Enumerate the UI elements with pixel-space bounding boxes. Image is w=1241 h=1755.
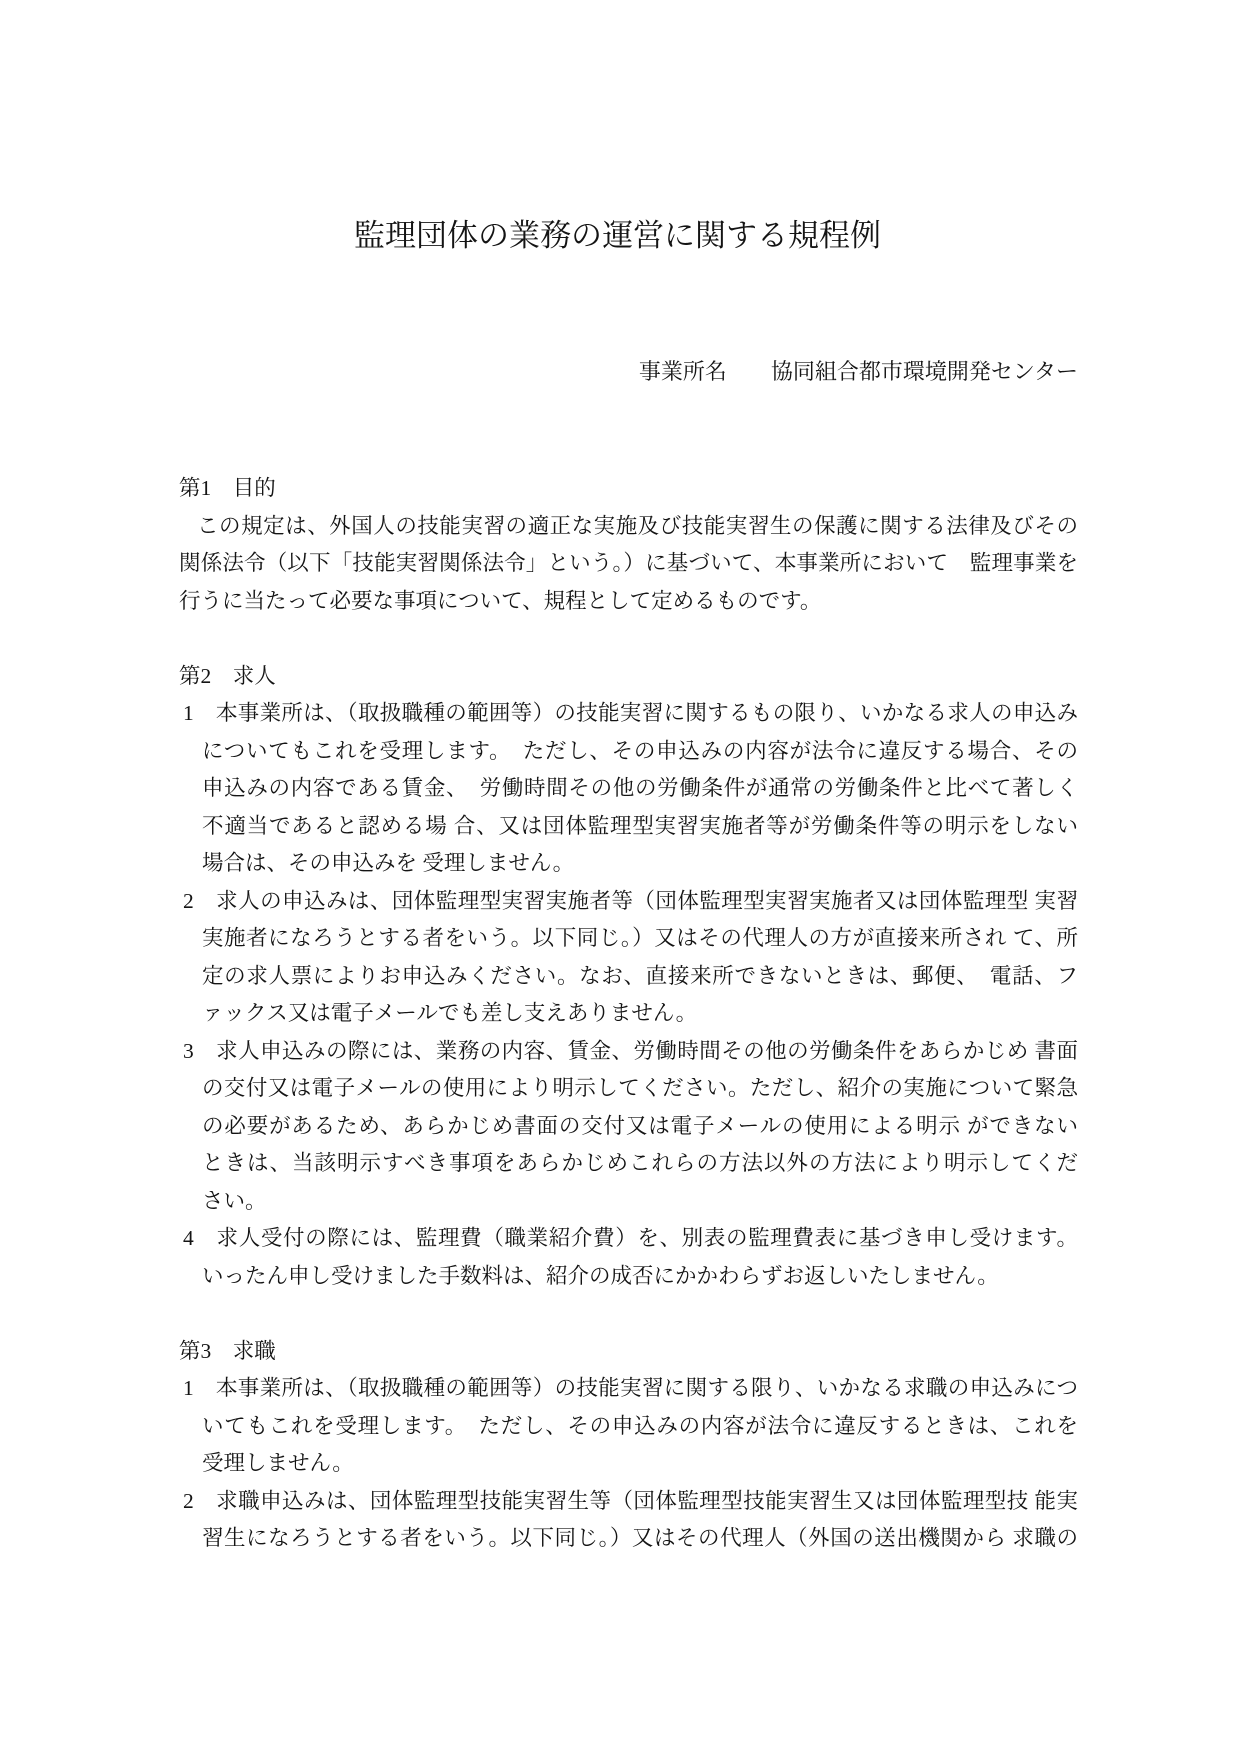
text-line: 受理しません。 bbox=[179, 1445, 1078, 1483]
section: 第1 目的この規定は、外国人の技能実習の適正な実施及び技能実習生の保護に関する法… bbox=[179, 470, 1078, 620]
text-line: 不適当であると認める場 合、又は団体監理型実習実施者等が労働条件等の明示をしない bbox=[179, 808, 1078, 846]
list-item: 2 求人の申込みは、団体監理型実習実施者等（団体監理型実習実施者又は団体監理型 … bbox=[179, 883, 1078, 1033]
list-item: 2 求職申込みは、団体監理型技能実習生等（団体監理型技能実習生又は団体監理型技 … bbox=[179, 1483, 1078, 1558]
document-page: 監理団体の業務の運営に関する規程例 事業所名 協同組合都市環境開発センター 第1… bbox=[0, 0, 1241, 1755]
list-item: 3 求人申込みの際には、業務の内容、賃金、労働時間その他の労働条件をあらかじめ … bbox=[179, 1033, 1078, 1221]
text-line: 1 本事業所は、（取扱職種の範囲等）の技能実習に関するもの限り、いかなる求人の申… bbox=[179, 695, 1078, 733]
office-name-line: 事業所名 協同組合都市環境開発センター bbox=[179, 353, 1078, 391]
section-heading: 第2 求人 bbox=[179, 658, 1078, 696]
section-heading: 第1 目的 bbox=[179, 470, 1078, 508]
text-line: の交付又は電子メールの使用により明示してください。ただし、紹介の実施について緊急 bbox=[179, 1070, 1078, 1108]
text-line: 関係法令（以下「技能実習関係法令」という。）に基づいて、本事業所において 監理事… bbox=[179, 545, 1078, 583]
text-line: 定の求人票によりお申込みください。なお、直接来所できないときは、郵便、 電話、フ bbox=[179, 958, 1078, 996]
text-line: の必要があるため、あらかじめ書面の交付又は電子メールの使用による明示 ができない bbox=[179, 1108, 1078, 1146]
text-line: この規定は、外国人の技能実習の適正な実施及び技能実習生の保護に関する法律及びその bbox=[179, 508, 1078, 546]
text-line: についてもこれを受理します。 ただし、その申込みの内容が法令に違反する場合、その bbox=[179, 733, 1078, 771]
list-item: 1 本事業所は、（取扱職種の範囲等）の技能実習に関する限り、いかなる求職の申込み… bbox=[179, 1370, 1078, 1483]
text-line: 申込みの内容である賃金、 労働時間その他の労働条件が通常の労働条件と比べて著しく bbox=[179, 770, 1078, 808]
text-line: 2 求人の申込みは、団体監理型実習実施者等（団体監理型実習実施者又は団体監理型 … bbox=[179, 883, 1078, 921]
text-line: 場合は、その申込みを 受理しません。 bbox=[179, 845, 1078, 883]
document-title: 監理団体の業務の運営に関する規程例 bbox=[168, 215, 1067, 257]
text-line: ァックス又は電子メールでも差し支えありません。 bbox=[179, 995, 1078, 1033]
text-line: 2 求職申込みは、団体監理型技能実習生等（団体監理型技能実習生又は団体監理型技 … bbox=[179, 1483, 1078, 1521]
text-line: さい。 bbox=[179, 1183, 1078, 1221]
text-line: 習生になろうとする者をいう。以下同じ。）又はその代理人（外国の送出機関から 求職… bbox=[179, 1520, 1078, 1558]
section-heading: 第3 求職 bbox=[179, 1333, 1078, 1371]
section: 第3 求職1 本事業所は、（取扱職種の範囲等）の技能実習に関する限り、いかなる求… bbox=[179, 1333, 1078, 1558]
paragraph: この規定は、外国人の技能実習の適正な実施及び技能実習生の保護に関する法律及びその… bbox=[179, 508, 1078, 621]
text-line: 実施者になろうとする者をいう。以下同じ。）又はその代理人の方が直接来所され て、… bbox=[179, 920, 1078, 958]
text-line: 1 本事業所は、（取扱職種の範囲等）の技能実習に関する限り、いかなる求職の申込み… bbox=[179, 1370, 1078, 1408]
list-item: 4 求人受付の際には、監理費（職業紹介費）を、別表の監理費表に基づき申し受けます… bbox=[179, 1220, 1078, 1295]
text-line: いてもこれを受理します。 ただし、その申込みの内容が法令に違反するときは、これを bbox=[179, 1408, 1078, 1446]
document-body: 第1 目的この規定は、外国人の技能実習の適正な実施及び技能実習生の保護に関する法… bbox=[179, 470, 1078, 1558]
text-line: 4 求人受付の際には、監理費（職業紹介費）を、別表の監理費表に基づき申し受けます… bbox=[179, 1220, 1078, 1258]
text-line: 3 求人申込みの際には、業務の内容、賃金、労働時間その他の労働条件をあらかじめ … bbox=[179, 1033, 1078, 1071]
text-line: いったん申し受けました手数料は、紹介の成否にかかわらずお返しいたしません。 bbox=[179, 1258, 1078, 1296]
text-line: 行うに当たって必要な事項について、規程として定めるものです。 bbox=[179, 583, 1078, 621]
list-item: 1 本事業所は、（取扱職種の範囲等）の技能実習に関するもの限り、いかなる求人の申… bbox=[179, 695, 1078, 883]
section: 第2 求人1 本事業所は、（取扱職種の範囲等）の技能実習に関するもの限り、いかな… bbox=[179, 658, 1078, 1296]
text-line: ときは、当該明示すべき事項をあらかじめこれらの方法以外の方法により明示してくだ bbox=[179, 1145, 1078, 1183]
